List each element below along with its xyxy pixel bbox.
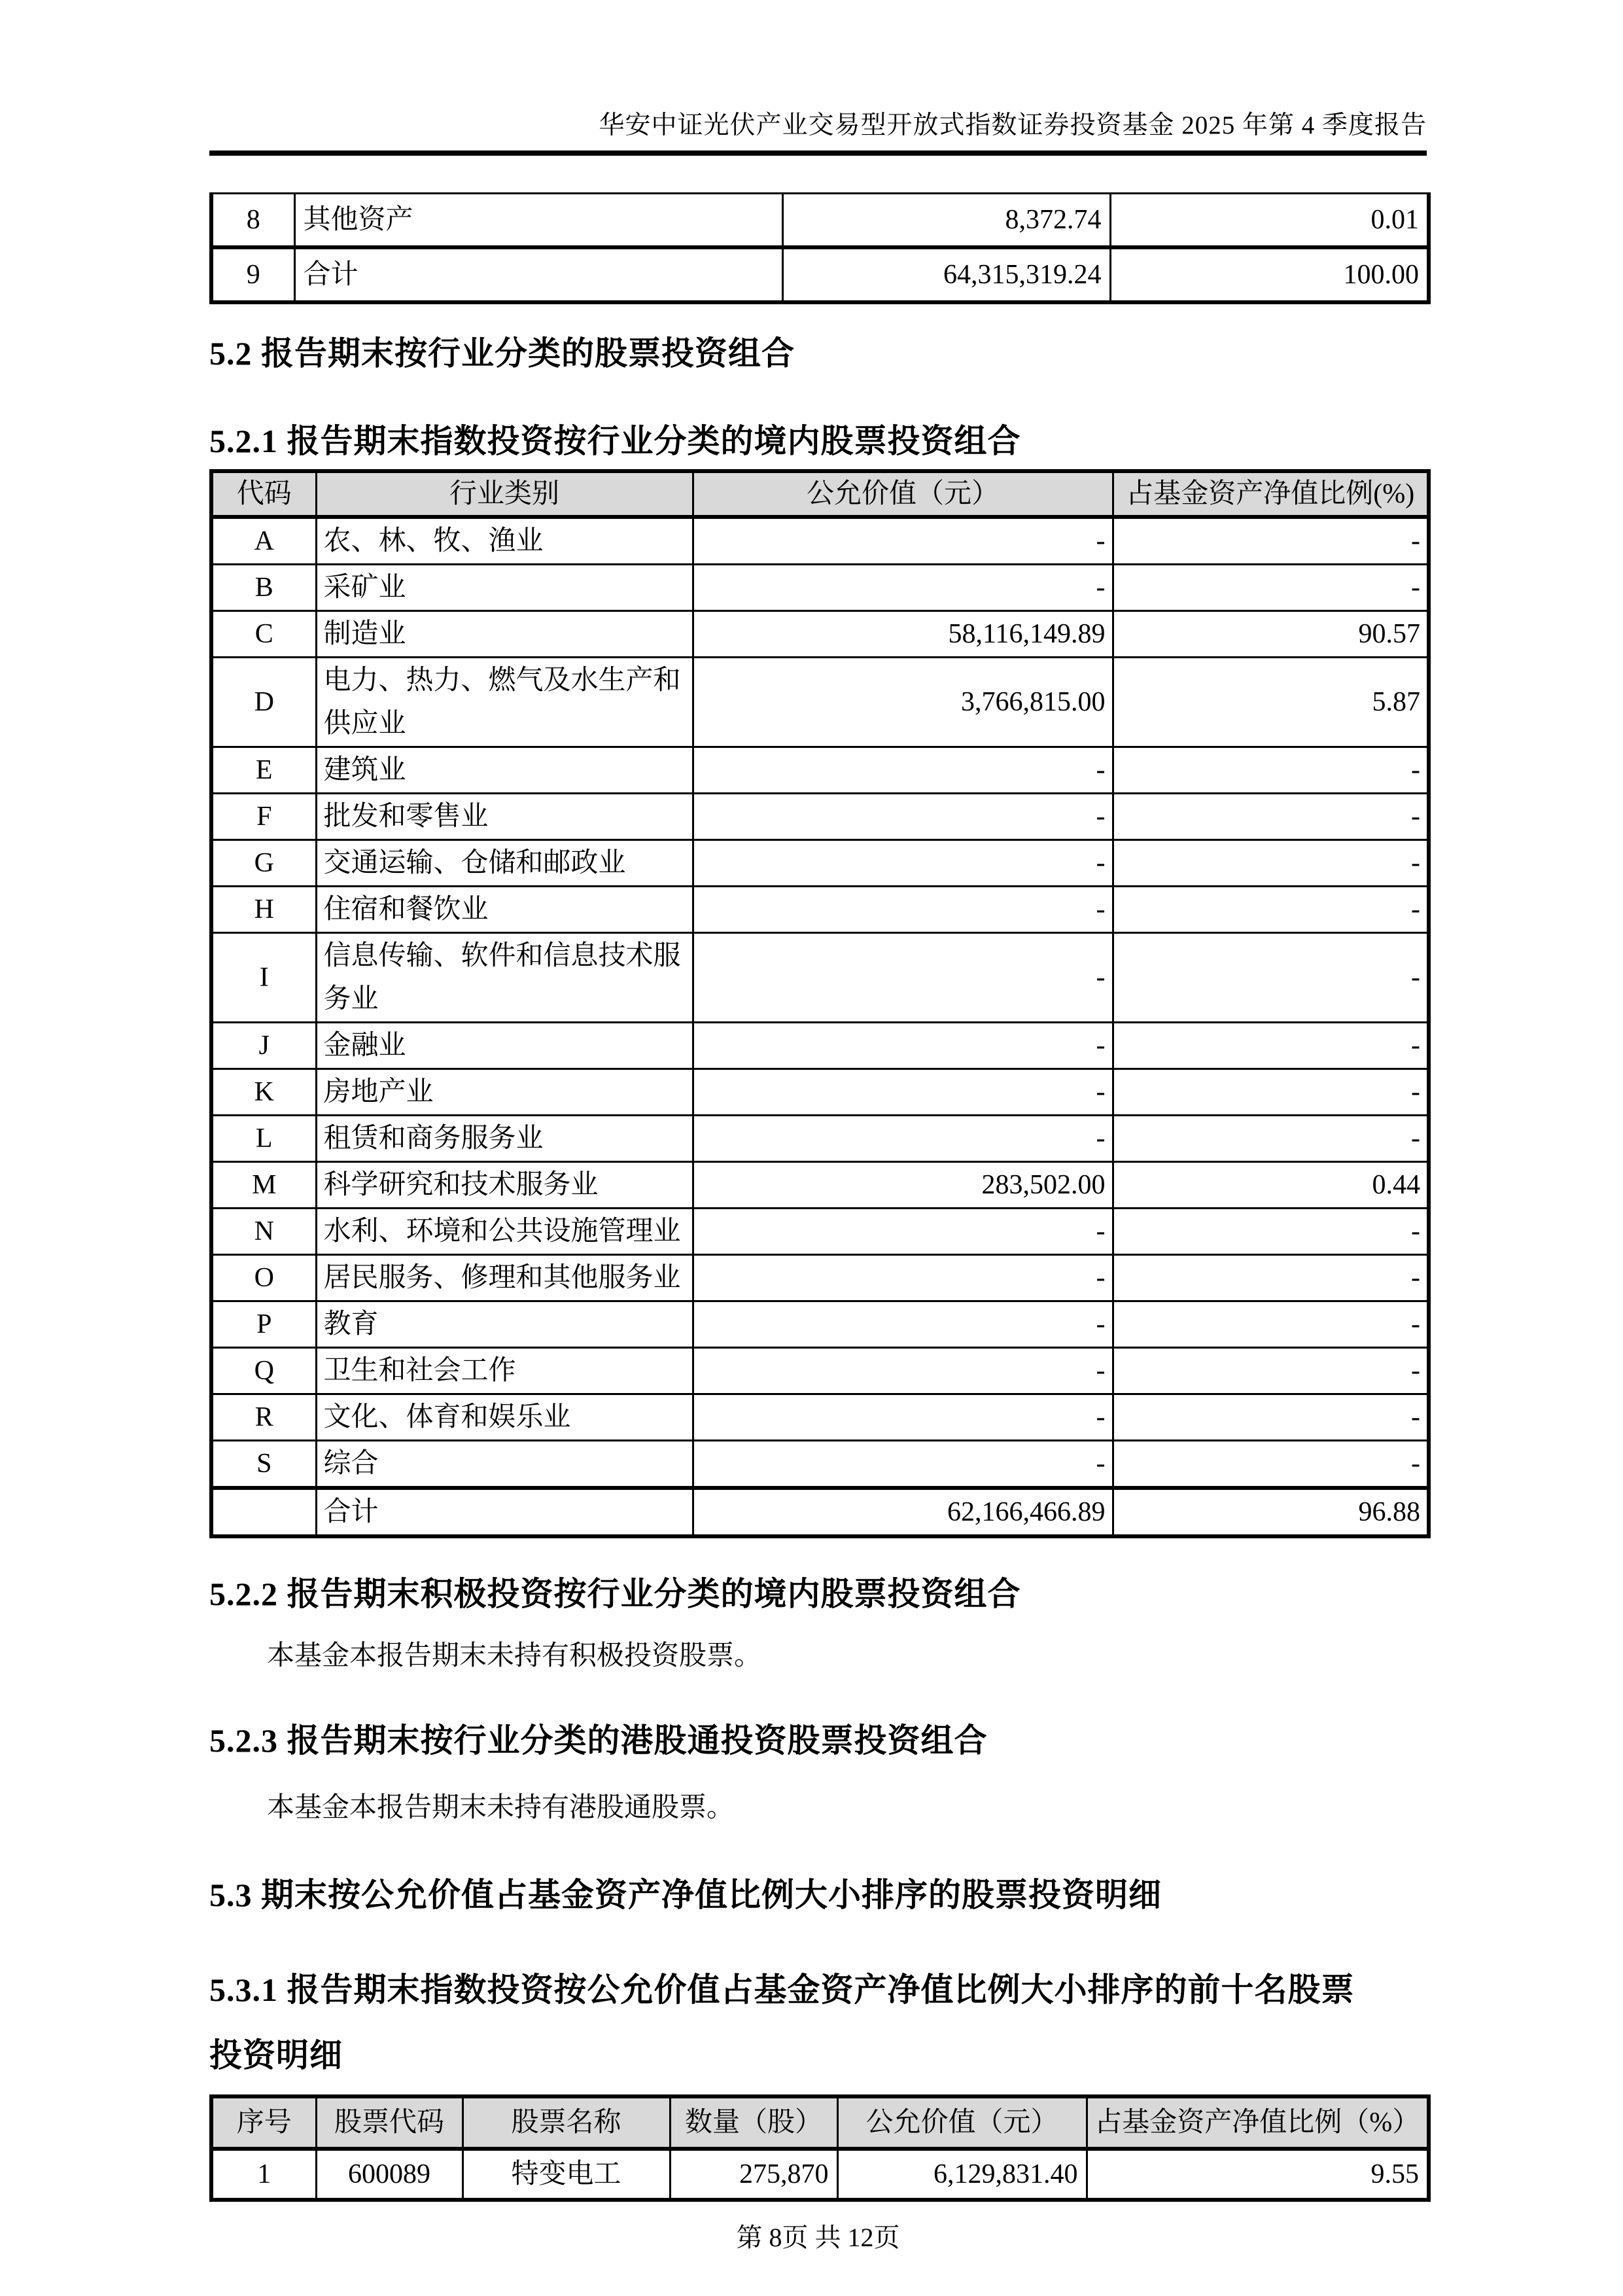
industry-value: - [693,1301,1113,1348]
industry-value: - [693,565,1113,611]
industry-value: - [693,1116,1113,1162]
header-divider-rule [209,150,1427,156]
industry-name: 农、林、牧、渔业 [316,517,693,565]
industry-value: - [693,933,1113,1023]
note-no-active-stocks: 本基金本报告期末未持有积极投资股票。 [209,1638,1427,1674]
industry-code: A [211,517,316,565]
industry-value: - [693,747,1113,794]
col-header-fair-value: 公允价值（元） [837,2096,1087,2149]
industry-pct: - [1113,1394,1429,1441]
document-header: 华安中证光伏产业交易型开放式指数证券投资基金 2025 年第 4 季度报告 [209,0,1427,156]
industry-pct: - [1113,933,1429,1023]
section-heading-5-2-2: 5.2.2 报告期末积极投资按行业分类的境内股票投资组合 [209,1574,1427,1614]
industry-code: M [211,1162,316,1209]
note-no-hk-connect-stocks: 本基金本报告期末未持有港股通股票。 [209,1790,1427,1826]
stock-nav-pct: 9.55 [1087,2149,1429,2200]
table-row: C制造业58,116,149.8990.57 [211,611,1429,658]
industry-pct: - [1113,517,1429,565]
industry-code: I [211,933,316,1023]
industry-pct: 0.44 [1113,1162,1429,1209]
asset-row-name: 合计 [294,247,782,302]
industry-pct: 90.57 [1113,611,1429,658]
industry-pct: 5.87 [1113,658,1429,747]
col-header-nav-pct: 占基金资产净值比例（%） [1087,2096,1429,2149]
industry-code: P [211,1301,316,1348]
industry-code: J [211,1023,316,1069]
industry-name: 科学研究和技术服务业 [316,1162,693,1209]
table-row: L租赁和商务服务业-- [211,1116,1429,1162]
table-row: K房地产业-- [211,1069,1429,1116]
col-header-stock-code: 股票代码 [316,2096,462,2149]
table-row: 8 其他资产 8,372.74 0.01 [211,194,1429,248]
industry-pct: - [1113,1023,1429,1069]
industry-name: 卫生和社会工作 [316,1348,693,1394]
stock-fair-value: 6,129,831.40 [837,2149,1087,2200]
asset-row-pct: 0.01 [1110,194,1429,248]
asset-row-value: 8,372.74 [782,194,1110,248]
table-row: D电力、热力、燃气及水生产和供应业3,766,815.005.87 [211,658,1429,747]
asset-row-pct: 100.00 [1110,247,1429,302]
table-row: G交通运输、仓储和邮政业-- [211,840,1429,887]
industry-name: 制造业 [316,611,693,658]
industry-value: - [693,794,1113,840]
table-row: 1 600089 特变电工 275,870 6,129,831.40 9.55 [211,2149,1429,2200]
table-row: H住宿和餐饮业-- [211,887,1429,933]
industry-pct: - [1113,1441,1429,1489]
industry-pct: - [1113,1209,1429,1255]
industry-pct: - [1113,1069,1429,1116]
industry-value: 3,766,815.00 [693,658,1113,747]
industry-pct: - [1113,747,1429,794]
industry-name: 交通运输、仓储和邮政业 [316,840,693,887]
industry-code: E [211,747,316,794]
table-row: A农、林、牧、渔业-- [211,517,1429,565]
industry-code: F [211,794,316,840]
table-row-total: 合计62,166,466.8996.88 [211,1488,1429,1536]
page-content: 华安中证光伏产业交易型开放式指数证券投资基金 2025 年第 4 季度报告 8 … [209,0,1427,2254]
industry-name: 房地产业 [316,1069,693,1116]
col-header-industry: 行业类别 [316,471,693,517]
table-row: P教育-- [211,1301,1429,1348]
table-row: N水利、环境和公共设施管理业-- [211,1209,1429,1255]
table-row: Q卫生和社会工作-- [211,1348,1429,1394]
industry-value: - [693,840,1113,887]
industry-value: - [693,1441,1113,1489]
industry-code: B [211,565,316,611]
industry-name: 建筑业 [316,747,693,794]
industry-name: 综合 [316,1441,693,1489]
industry-code: H [211,887,316,933]
industry-code: K [211,1069,316,1116]
industry-name: 批发和零售业 [316,794,693,840]
industry-pct: - [1113,887,1429,933]
asset-row-number: 9 [211,247,294,302]
table-header-row: 序号 股票代码 股票名称 数量（股） 公允价值（元） 占基金资产净值比例（%） [211,2096,1429,2149]
industry-value: - [693,1023,1113,1069]
industry-name: 信息传输、软件和信息技术服务业 [316,933,693,1023]
document-title: 华安中证光伏产业交易型开放式指数证券投资基金 2025 年第 4 季度报告 [209,110,1427,141]
industry-value: - [693,1209,1113,1255]
industry-pct: - [1113,1348,1429,1394]
industry-code: D [211,658,316,747]
industry-value: 62,166,466.89 [693,1488,1113,1536]
industry-pct: - [1113,1255,1429,1301]
industry-pct: - [1113,840,1429,887]
table-header-row: 代码 行业类别 公允价值（元） 占基金资产净值比例(%) [211,471,1429,517]
col-header-code: 代码 [211,471,316,517]
industry-code: R [211,1394,316,1441]
industry-code [211,1488,316,1536]
col-header-index: 序号 [211,2096,316,2149]
section-heading-5-3-1: 5.3.1 报告期末指数投资按公允价值占基金资产净值比例大小排序的前十名股票投资… [209,1957,1387,2088]
industry-pct: 96.88 [1113,1488,1429,1536]
industry-value: - [693,1069,1113,1116]
industry-name: 采矿业 [316,565,693,611]
industry-name: 住宿和餐饮业 [316,887,693,933]
asset-row-value: 64,315,319.24 [782,247,1110,302]
industry-value: - [693,517,1113,565]
industry-value: - [693,887,1113,933]
section-heading-5-3: 5.3 期末按公允价值占基金资产净值比例大小排序的股票投资明细 [209,1875,1427,1915]
industry-name: 水利、环境和公共设施管理业 [316,1209,693,1255]
industry-pct: - [1113,1301,1429,1348]
industry-name: 电力、热力、燃气及水生产和供应业 [316,658,693,747]
industry-code: O [211,1255,316,1301]
col-header-quantity: 数量（股） [670,2096,837,2149]
table-row: M科学研究和技术服务业283,502.000.44 [211,1162,1429,1209]
asset-row-name: 其他资产 [294,194,782,248]
industry-name: 文化、体育和娱乐业 [316,1394,693,1441]
industry-value: 283,502.00 [693,1162,1113,1209]
table-row-total: 9 合计 64,315,319.24 100.00 [211,247,1429,302]
industry-name: 教育 [316,1301,693,1348]
industry-name: 居民服务、修理和其他服务业 [316,1255,693,1301]
table-row: F批发和零售业-- [211,794,1429,840]
industry-value: 58,116,149.89 [693,611,1113,658]
table-row: B采矿业-- [211,565,1429,611]
col-header-stock-name: 股票名称 [462,2096,670,2149]
asset-row-number: 8 [211,194,294,248]
section-heading-5-2-3: 5.2.3 报告期末按行业分类的港股通投资股票投资组合 [209,1720,1427,1761]
stock-name: 特变电工 [462,2149,670,2200]
industry-value: - [693,1394,1113,1441]
industry-code: Q [211,1348,316,1394]
industry-investment-table: 代码 行业类别 公允价值（元） 占基金资产净值比例(%) A农、林、牧、渔业--… [209,469,1431,1538]
top-stocks-table: 序号 股票代码 股票名称 数量（股） 公允价值（元） 占基金资产净值比例（%） … [209,2094,1431,2202]
page-number-footer: 第 8页 共 12页 [209,2221,1427,2254]
industry-pct: - [1113,565,1429,611]
col-header-nav-pct: 占基金资产净值比例(%) [1113,471,1429,517]
industry-pct: - [1113,794,1429,840]
section-heading-5-2-1: 5.2.1 报告期末指数投资按行业分类的境内股票投资组合 [209,421,1427,461]
industry-name: 租赁和商务服务业 [316,1116,693,1162]
stock-row-index: 1 [211,2149,316,2200]
asset-summary-table: 8 其他资产 8,372.74 0.01 9 合计 64,315,319.24 … [209,192,1431,304]
table-row: O居民服务、修理和其他服务业-- [211,1255,1429,1301]
industry-code: G [211,840,316,887]
industry-code: L [211,1116,316,1162]
stock-quantity: 275,870 [670,2149,837,2200]
industry-value: - [693,1255,1113,1301]
table-row: R文化、体育和娱乐业-- [211,1394,1429,1441]
industry-code: C [211,611,316,658]
report-page: { "header": { "title": "华安中证光伏产业交易型开放式指数… [0,0,1623,2296]
industry-value: - [693,1348,1113,1394]
industry-code: S [211,1441,316,1489]
industry-name: 金融业 [316,1023,693,1069]
industry-code: N [211,1209,316,1255]
stock-code: 600089 [316,2149,462,2200]
industry-name: 合计 [316,1488,693,1536]
table-row: E建筑业-- [211,747,1429,794]
table-row: J金融业-- [211,1023,1429,1069]
table-row: I信息传输、软件和信息技术服务业-- [211,933,1429,1023]
table-row: S综合-- [211,1441,1429,1489]
section-heading-5-2: 5.2 报告期末按行业分类的股票投资组合 [209,333,1427,374]
industry-pct: - [1113,1116,1429,1162]
col-header-fair-value: 公允价值（元） [693,471,1113,517]
